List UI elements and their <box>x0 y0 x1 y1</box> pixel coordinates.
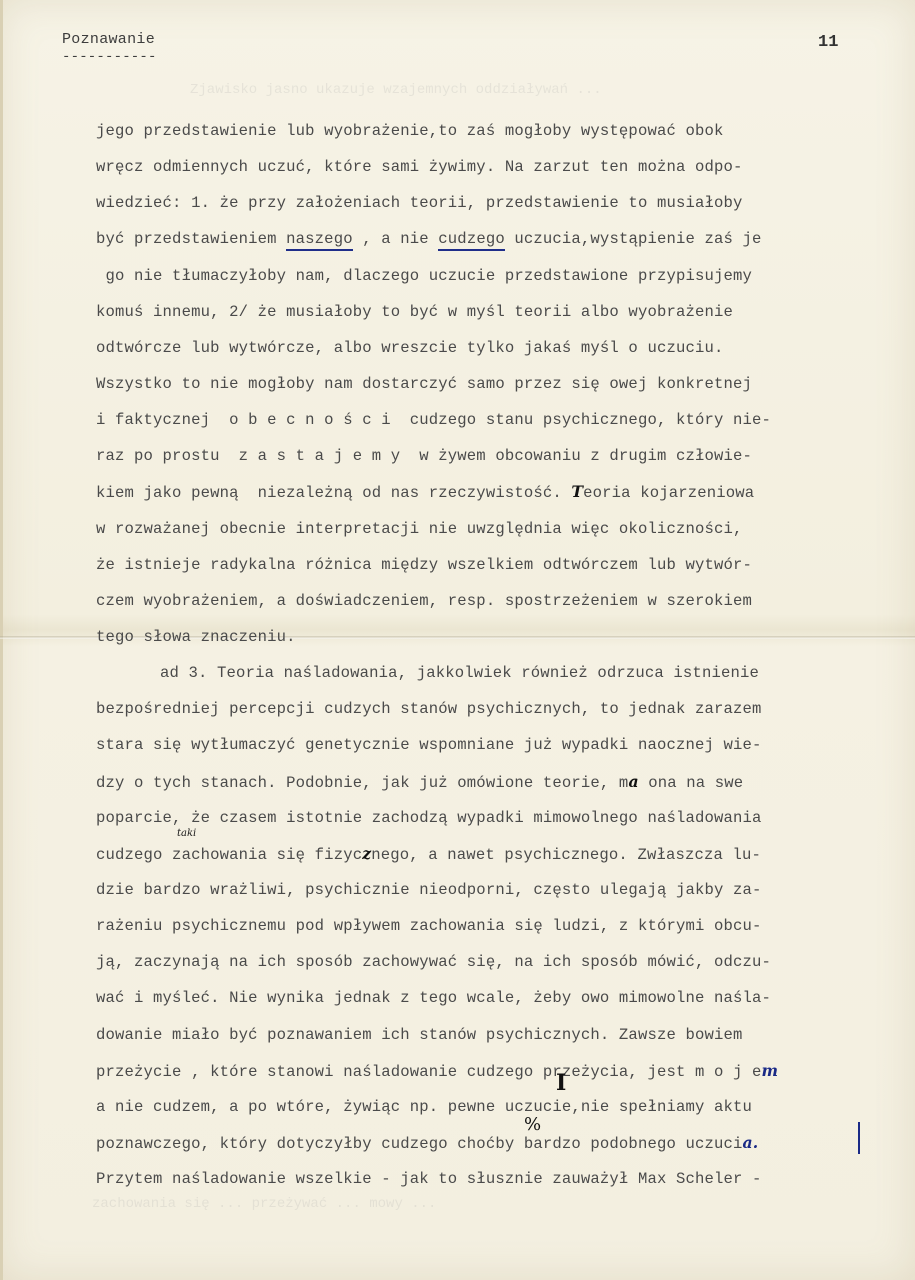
text-line: raz po prostu z a s t a j e m y w żywem … <box>96 438 886 474</box>
handwritten-correction: a <box>628 772 638 791</box>
text-line: tego słowa znaczeniu. <box>96 619 886 655</box>
handwritten-correction: a. <box>743 1133 759 1152</box>
text-line: komuś innemu, 2/ że musiałoby to być w m… <box>96 294 886 330</box>
text-line: Wszystko to nie mogłoby nam dostarczyć s… <box>96 366 886 402</box>
handwritten-bracket-mark: I <box>556 1070 566 1096</box>
document-page: Zjawisko jasno ukazuje wzajemnych oddzia… <box>0 0 915 1280</box>
show-through-text-bottom: zachowania się ... przeżywać ... mowy ..… <box>92 1196 436 1212</box>
handwritten-insertion-above: taki <box>177 828 196 839</box>
show-through-text-top: Zjawisko jasno ukazuje wzajemnych oddzia… <box>190 82 602 98</box>
text-line: w rozważanej obecnie interpretacji nie u… <box>96 511 886 547</box>
text-line: jego przedstawienie lub wyobrażenie,to z… <box>96 113 886 149</box>
underlined-word: naszego <box>286 230 353 251</box>
text-line: dowanie miało być poznawaniem ich stanów… <box>96 1017 886 1053</box>
text-line: poznawczego, który dotyczyłby cudzego ch… <box>96 1125 886 1161</box>
text-line: dzie bardzo wrażliwi, psychicznie nieodp… <box>96 872 886 908</box>
text-line: stara się wytłumaczyć genetycznie wspomn… <box>96 727 886 763</box>
page-edge <box>0 0 3 1280</box>
text-line: Przytem naśladowanie wszelkie - jak to s… <box>96 1161 886 1197</box>
running-header-title: Poznawanie <box>62 31 155 48</box>
text-line: być przedstawieniem naszego , a nie cudz… <box>96 221 886 257</box>
text-line: cudzego zachowania się fizycznego, a naw… <box>96 836 886 872</box>
handwritten-margin-stroke <box>858 1122 860 1154</box>
handwritten-correction: z <box>362 844 371 863</box>
text-line: odtwórcze lub wytwórcze, albo wreszcie t… <box>96 330 886 366</box>
handwritten-percent-correction: % <box>524 1114 541 1135</box>
text-line: dzy o tych stanach. Podobnie, jak już om… <box>96 764 886 800</box>
text-line: i faktycznej o b e c n o ś c i cudzego s… <box>96 402 886 438</box>
text-line: ją, zaczynają na ich sposób zachowywać s… <box>96 944 886 980</box>
underlined-word: cudzego <box>438 230 505 251</box>
handwritten-correction: m <box>762 1061 779 1080</box>
text-line: go nie tłumaczyłoby nam, dlaczego uczuci… <box>96 258 886 294</box>
page-number: 11 <box>818 33 838 52</box>
text-line: poparcie, że czasem istotnie zachodzą wy… <box>96 800 886 836</box>
text-line: przeżycie , które stanowi naśladowanie c… <box>96 1053 886 1089</box>
text-line: kiem jako pewną niezależną od nas rzeczy… <box>96 474 886 510</box>
text-line: rażeniu psychicznemu pod wpływem zachowa… <box>96 908 886 944</box>
running-header-underline: ----------- <box>62 49 157 65</box>
text-line: bezpośredniej percepcji cudzych stanów p… <box>96 691 886 727</box>
text-line: czem wyobrażeniem, a doświadczeniem, res… <box>96 583 886 619</box>
text-line: wiedzieć: 1. że przy założeniach teorii,… <box>96 185 886 221</box>
text-line: wręcz odmiennych uczuć, które sami żywim… <box>96 149 886 185</box>
handwritten-correction: T <box>571 482 583 501</box>
text-line: a nie cudzem, a po wtóre, żywiąc np. pew… <box>96 1089 886 1125</box>
typewritten-body: jego przedstawienie lub wyobrażenie,to z… <box>96 113 886 1197</box>
text-line: wać i myśleć. Nie wynika jednak z tego w… <box>96 980 886 1016</box>
text-line: że istnieje radykalna różnica między wsz… <box>96 547 886 583</box>
paragraph-start-line: ad 3. Teoria naśladowania, jakkolwiek ró… <box>96 655 886 691</box>
